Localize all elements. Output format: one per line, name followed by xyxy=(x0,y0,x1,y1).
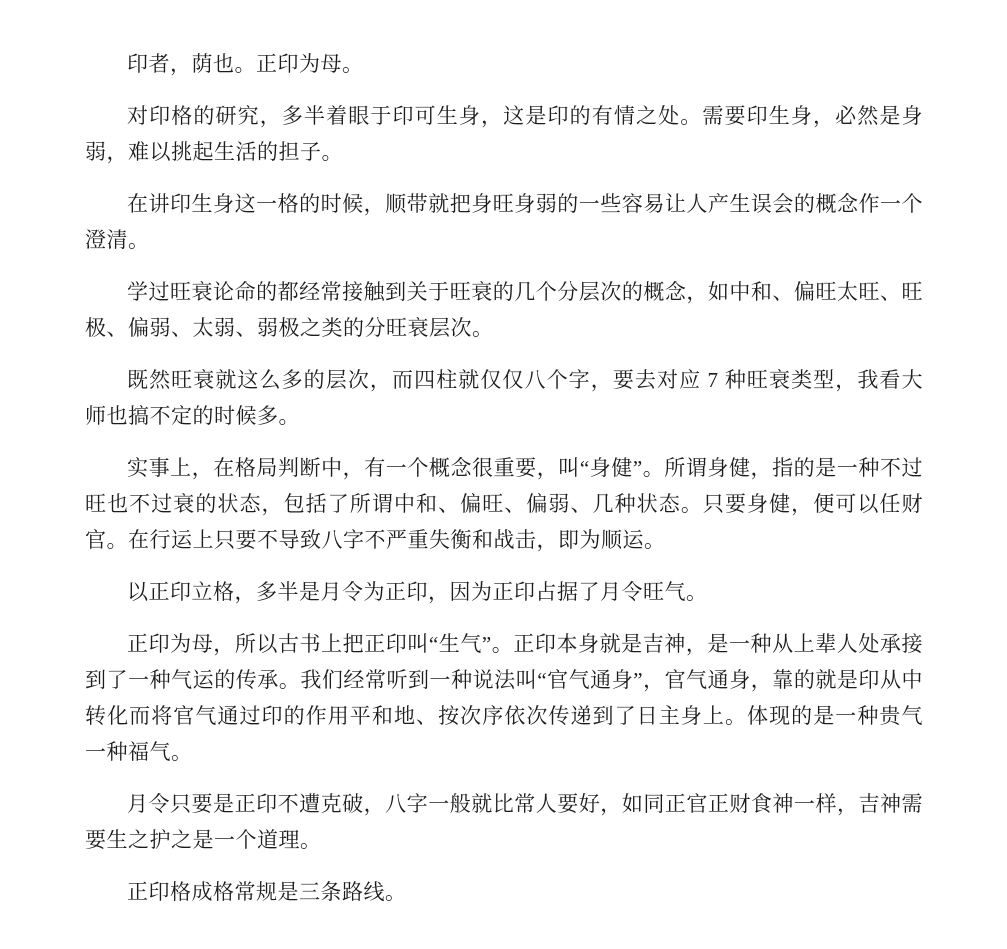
paragraph-4: 学过旺衰论命的都经常接触到关于旺衰的几个分层次的概念，如中和、偏旺太旺、旺极、偏… xyxy=(85,274,923,346)
paragraph-5: 既然旺衰就这么多的层次，而四柱就仅仅八个字，要去对应 7 种旺衰类型，我看大师也… xyxy=(85,362,923,434)
paragraph-1: 印者，荫也。正印为母。 xyxy=(85,46,923,82)
paragraph-10: 正印格成格常规是三条路线。 xyxy=(85,874,923,910)
text-block: 印者，荫也。正印为母。 对印格的研究，多半着眼于印可生身，这是印的有情之处。需要… xyxy=(85,46,923,926)
paragraph-8: 正印为母，所以古书上把正印叫“生气”。正印本身就是吉神，是一种从上辈人处承接到了… xyxy=(85,626,923,770)
paragraph-2: 对印格的研究，多半着眼于印可生身，这是印的有情之处。需要印生身，必然是身弱，难以… xyxy=(85,98,923,170)
paragraph-6: 实事上，在格局判断中，有一个概念很重要，叫“身健”。所谓身健，指的是一种不过旺也… xyxy=(85,450,923,558)
paragraph-3: 在讲印生身这一格的时候，顺带就把身旺身弱的一些容易让人产生误会的概念作一个澄清。 xyxy=(85,186,923,258)
paragraph-7: 以正印立格，多半是月令为正印，因为正印占据了月令旺气。 xyxy=(85,574,923,610)
paragraph-9: 月令只要是正印不遭克破，八字一般就比常人要好，如同正官正财食神一样，吉神需要生之… xyxy=(85,786,923,858)
document-page: 印者，荫也。正印为母。 对印格的研究，多半着眼于印可生身，这是印的有情之处。需要… xyxy=(0,0,1007,949)
